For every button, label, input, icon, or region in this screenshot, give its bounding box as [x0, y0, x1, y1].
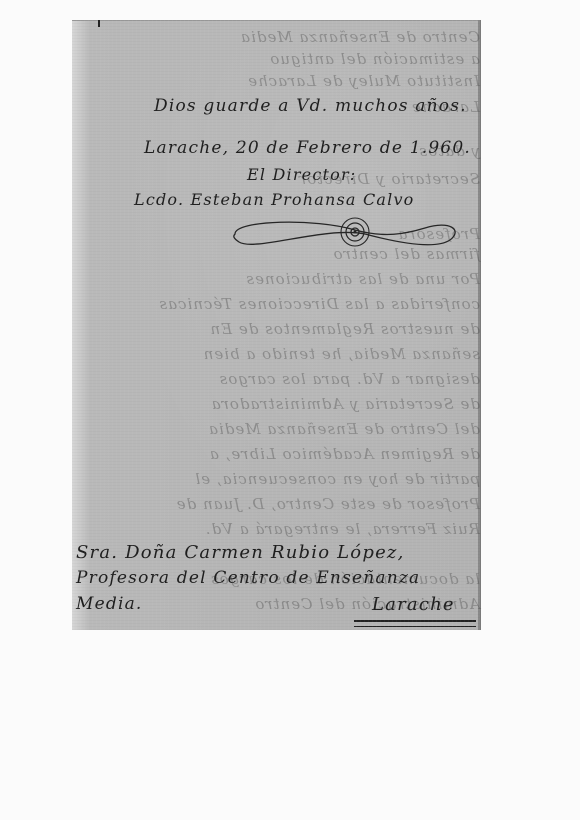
scanned-letter-page: Centro de Enseñanza Media a estimación d…: [72, 20, 481, 630]
bleed-through-line: partir de hoy en consecuencia, el: [72, 470, 480, 488]
bleed-through-line: Por una de las atribuciones: [72, 270, 480, 288]
bleed-through-line: conferidas a las Direcciones Técnicas: [72, 295, 480, 313]
bleed-through-line: Ruiz Ferrera, le entregará a Vd.: [72, 520, 480, 538]
scan-speck: [98, 20, 100, 27]
bleed-through-line: Profesor de este Centro, D. Juan de: [72, 495, 480, 513]
recipient-position: Profesora del Centro de Enseñanza: [76, 568, 420, 588]
recipient-city: Larache: [372, 594, 455, 615]
signatory-name: Lcdo. Esteban Prohansa Calvo: [134, 190, 415, 209]
signature-flourish-icon: [225, 212, 465, 252]
bleed-through-line: señanza Media, he tenido a bien: [72, 345, 480, 363]
recipient-institution-suffix: Media.: [76, 594, 143, 614]
bleed-through-line: Instituto Muley de Larache: [72, 72, 480, 90]
bleed-through-line: Centro de Enseñanza Media: [72, 28, 480, 46]
place-and-date: Larache, 20 de Febrero de 1.960.: [144, 138, 471, 158]
recipient-name: Sra. Doña Carmen Rubio López,: [76, 542, 405, 563]
signatory-title: El Director:: [247, 165, 356, 184]
city-double-underline: [354, 620, 476, 627]
bleed-through-line: de Secretaria y Administradora: [72, 395, 480, 413]
closing-salutation: Dios guarde a Vd. muchos años.: [154, 96, 467, 116]
bleed-through-line: de Regimen Académico Libre, a: [72, 445, 480, 463]
bleed-through-line: de nuestros Reglamentos de En: [72, 320, 480, 338]
bleed-through-line: designar a Vd. para los cargos: [72, 370, 480, 388]
bleed-through-line: a estimación del antiguo: [72, 50, 480, 68]
bleed-through-line: del Centro de Enseñanza Media: [72, 420, 480, 438]
